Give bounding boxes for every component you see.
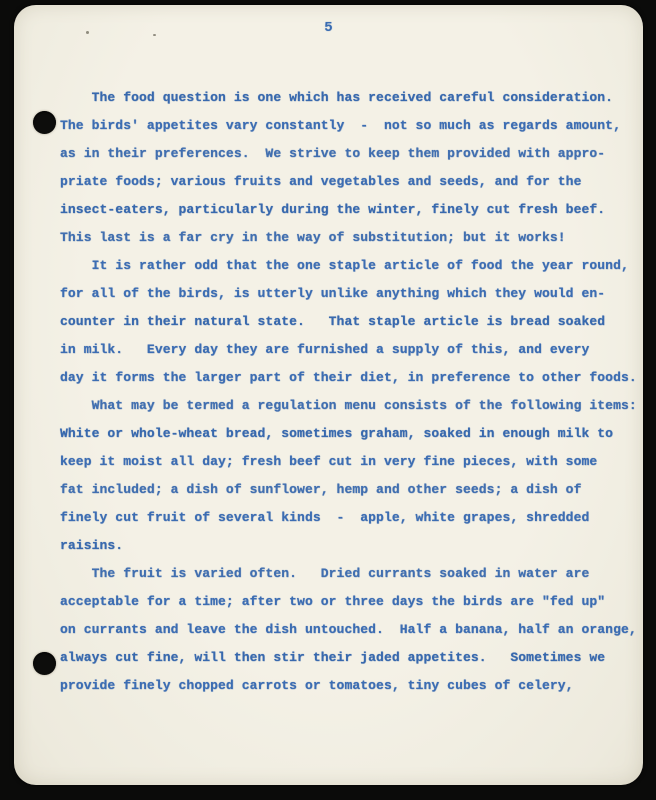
typed-line: insect-eaters, particularly during the w… (60, 196, 635, 224)
typed-line: The fruit is varied often. Dried currant… (60, 560, 635, 588)
paper-speck (86, 31, 89, 34)
typed-line: The food question is one which has recei… (60, 84, 635, 112)
typed-line: fat included; a dish of sunflower, hemp … (60, 476, 635, 504)
typed-line: White or whole-wheat bread, sometimes gr… (60, 420, 635, 448)
typed-line: counter in their natural state. That sta… (60, 308, 635, 336)
typed-line: This last is a far cry in the way of sub… (60, 224, 635, 252)
paper-page: 5 The food question is one which has rec… (14, 5, 643, 785)
typed-line: for all of the birds, is utterly unlike … (60, 280, 635, 308)
typed-line: always cut fine, will then stir their ja… (60, 644, 635, 672)
typed-line: on currants and leave the dish untouched… (60, 616, 635, 644)
typed-line: It is rather odd that the one staple art… (60, 252, 635, 280)
typed-line: acceptable for a time; after two or thre… (60, 588, 635, 616)
typed-line: day it forms the larger part of their di… (60, 364, 635, 392)
typed-line: What may be termed a regulation menu con… (60, 392, 635, 420)
typed-line: raisins. (60, 532, 635, 560)
typed-text-block: The food question is one which has recei… (60, 84, 635, 700)
paper-speck (153, 34, 156, 36)
hole-punch-top (33, 111, 56, 134)
typed-line: priate foods; various fruits and vegetab… (60, 168, 635, 196)
typed-line: finely cut fruit of several kinds - appl… (60, 504, 635, 532)
typed-line: as in their preferences. We strive to ke… (60, 140, 635, 168)
typed-line: keep it moist all day; fresh beef cut in… (60, 448, 635, 476)
typed-line: The birds' appetites vary constantly - n… (60, 112, 635, 140)
typed-line: in milk. Every day they are furnished a … (60, 336, 635, 364)
page-number: 5 (14, 20, 643, 36)
hole-punch-bottom (33, 652, 56, 675)
typed-line: provide finely chopped carrots or tomato… (60, 672, 635, 700)
